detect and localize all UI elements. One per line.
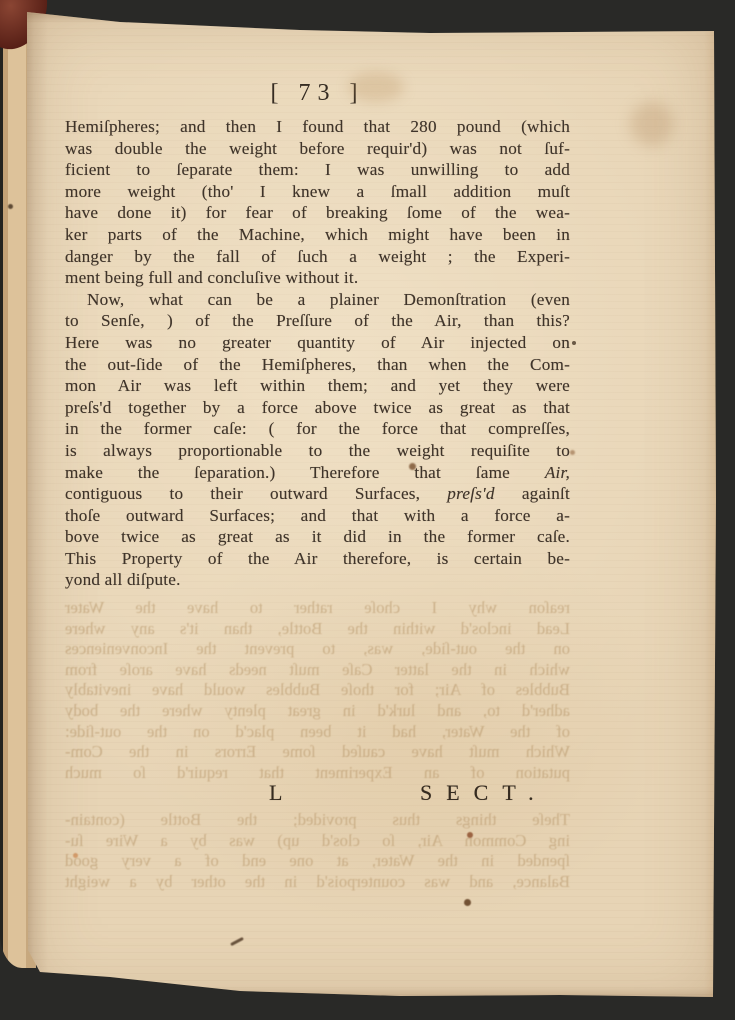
text-line: make the ſeparation.) Therefore that ſam… xyxy=(65,462,570,484)
text-line: have done it) for fear of breaking ſome … xyxy=(65,202,570,224)
text-line: danger by the fall of ſuch a weight ; th… xyxy=(65,246,570,268)
text-segment: danger by the fall of ſuch a weight ; th… xyxy=(65,247,570,266)
text-line: Now, what can be a plainer Demonſtration… xyxy=(65,289,570,311)
text-line: preſs'd together by a force above twice … xyxy=(65,397,570,419)
text-segment: mon Air was left within them; and yet th… xyxy=(65,376,570,395)
text-segment: againſt xyxy=(495,484,570,503)
italic-text-segment: preſs'd xyxy=(447,484,494,503)
text-segment: in the former caſe: ( for the force that… xyxy=(65,419,570,438)
text-segment: This Property of the Air therefore, is c… xyxy=(65,549,570,568)
page-number: [ 73 ] xyxy=(65,80,570,107)
text-line: ker parts of the Machine, which might ha… xyxy=(65,224,570,246)
text-line: to Senſe, ) of the Preſſure of the Air, … xyxy=(65,310,570,332)
text-segment: Hemiſpheres; and then I found that 280 p… xyxy=(65,117,570,136)
text-segment: to Senſe, ) of the Preſſure of the Air, … xyxy=(65,311,570,330)
signature-mark: L xyxy=(269,780,282,806)
scan-background: reaſon why I choſe rather to have the Wa… xyxy=(0,0,735,1020)
text-line: more weight (tho' I knew a ſmall additio… xyxy=(65,181,570,203)
body-text: Hemiſpheres; and then I found that 280 p… xyxy=(65,116,570,591)
text-line: is always proportionable to the weight r… xyxy=(65,440,570,462)
gutter-spot xyxy=(8,204,13,209)
text-segment: yond all diſpute. xyxy=(65,570,181,589)
text-segment: make the ſeparation.) Therefore that ſam… xyxy=(65,463,545,482)
text-segment: have done it) for fear of breaking ſome … xyxy=(65,203,570,222)
text-line: This Property of the Air therefore, is c… xyxy=(65,548,570,570)
text-line: ment being full and concluſive without i… xyxy=(65,267,570,289)
text-segment: ker parts of the Machine, which might ha… xyxy=(65,225,570,244)
text-segment: preſs'd together by a force above twice … xyxy=(65,398,570,417)
text-line: in the former caſe: ( for the force that… xyxy=(65,418,570,440)
text-segment: Now, what can be a plainer Demonſtration… xyxy=(87,290,570,309)
text-line: the out-ſide of the Hemiſpheres, than wh… xyxy=(65,354,570,376)
text-segment: contiguous to their outward Surfaces, xyxy=(65,484,447,503)
text-line: Hemiſpheres; and then I found that 280 p… xyxy=(65,116,570,138)
text-segment: thoſe outward Surfaces; and that with a … xyxy=(65,506,570,525)
text-segment: ment being full and concluſive without i… xyxy=(65,268,358,287)
italic-text-segment: Air, xyxy=(545,463,570,482)
text-line: contiguous to their outward Surfaces, pr… xyxy=(65,483,570,505)
text-segment: Here was no greater quantity of Air inje… xyxy=(65,333,570,352)
text-segment: more weight (tho' I knew a ſmall additio… xyxy=(65,182,570,201)
text-line: was double the weight before requir'd) w… xyxy=(65,138,570,160)
page-content: [ 73 ] Hemiſpheres; and then I found tha… xyxy=(24,10,718,1002)
text-line: bove twice as great as it did in the for… xyxy=(65,526,570,548)
text-segment: ficient to ſeparate them: I was unwillin… xyxy=(65,160,570,179)
book-page: reaſon why I choſe rather to have the Wa… xyxy=(24,10,718,1002)
text-line: mon Air was left within them; and yet th… xyxy=(65,375,570,397)
text-line: Here was no greater quantity of Air inje… xyxy=(65,332,570,354)
text-line: ficient to ſeparate them: I was unwillin… xyxy=(65,159,570,181)
text-segment: was double the weight before requir'd) w… xyxy=(65,139,570,158)
text-line: yond all diſpute. xyxy=(65,569,570,591)
catchword: SECT. xyxy=(420,780,548,806)
text-segment: is always proportionable to the weight r… xyxy=(65,441,570,460)
text-segment: the out-ſide of the Hemiſpheres, than wh… xyxy=(65,355,570,374)
text-line: thoſe outward Surfaces; and that with a … xyxy=(65,505,570,527)
text-segment: bove twice as great as it did in the for… xyxy=(65,527,570,546)
